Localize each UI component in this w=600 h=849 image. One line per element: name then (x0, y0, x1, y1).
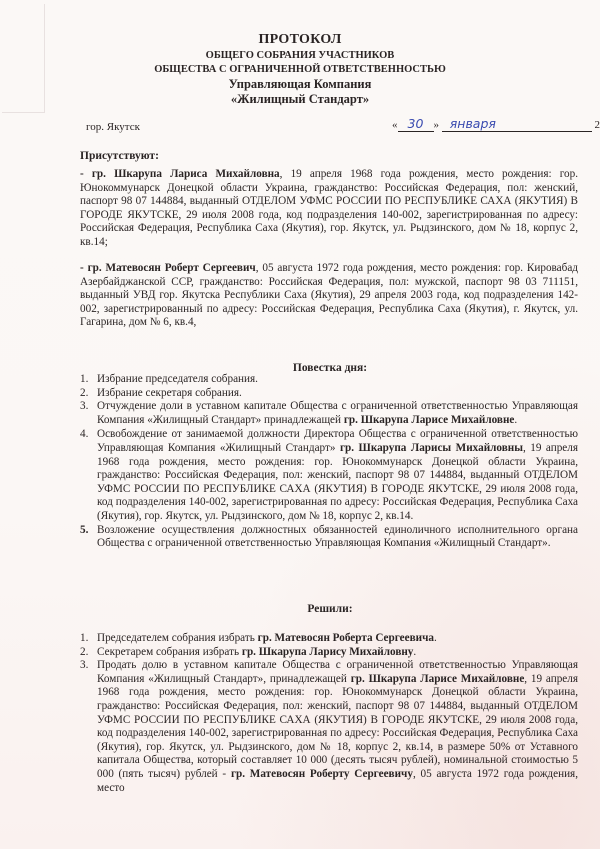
date-month-field: января (442, 116, 592, 132)
resolution-item-text-end: . (413, 646, 416, 658)
agenda-item-person: гр. Шкарупа Ларисы Михайловны (340, 442, 523, 454)
document-title: ПРОТОКОЛ (0, 32, 600, 48)
resolution-item: 2.Секретарем собрания избрать гр. Шкаруп… (80, 646, 578, 660)
agenda-item: 4.Освобождение от занимаемой должности Д… (80, 428, 578, 523)
resolved-title: Решили: (0, 603, 600, 615)
date-day-field: 30 (398, 116, 434, 132)
agenda-item: 2.Избрание секретаря собрания. (80, 387, 578, 401)
resolution-item-text-end: . (434, 632, 437, 644)
agenda-list: 1.Избрание председателя собрания. 2.Избр… (80, 373, 578, 551)
date-year: 2013 г. (595, 119, 600, 131)
resolution-item-text-mid: , 19 апреля 1968 года рождения, место ро… (97, 673, 578, 780)
agenda-item: 1.Избрание председателя собрания. (80, 373, 578, 387)
agenda-item-text: Избрание секретаря собрания. (97, 387, 242, 399)
agenda-item-person: гр. Шкарупа Ларисе Михайловне (344, 414, 515, 426)
resolution-item-text: Секретарем собрания избрать (97, 646, 242, 658)
present-label: Присутствуют: (80, 150, 159, 162)
agenda-item: 5.Возложение осуществления должностных о… (80, 524, 578, 551)
document-subtitle-line1: ОБЩЕГО СОБРАНИЯ УЧАСТНИКОВ (0, 50, 600, 61)
participant-1: - гр. Шкарупа Лариса Михайловна, 19 апре… (80, 168, 578, 250)
resolution-item-text: Председателем собрания избрать (97, 632, 258, 644)
company-name-line1: Управляющая Компания (0, 77, 600, 92)
resolution-item-number: 3. (80, 659, 88, 673)
date-day-handwritten: 30 (408, 116, 424, 131)
participant-1-prefix: - гр. (80, 168, 114, 180)
agenda-item-text-end: . (514, 414, 517, 426)
agenda-item-number: 4. (80, 428, 88, 442)
participant-1-name: Шкарупа Лариса Михайловна (114, 168, 280, 180)
company-name-line2: «Жилищный Стандарт» (0, 92, 600, 107)
resolutions-list: 1.Председателем собрания избрать гр. Мат… (80, 632, 578, 795)
resolution-item-number: 2. (80, 646, 88, 660)
resolution-item: 1.Председателем собрания избрать гр. Мат… (80, 632, 578, 646)
agenda-item-number: 5. (80, 524, 88, 538)
date-month-handwritten: января (450, 116, 496, 131)
agenda-item-number: 2. (80, 387, 88, 401)
resolution-item-buyer: гр. Матевосян Роберту Сергеевичу (231, 768, 413, 780)
participant-2-name: Матевосян Роберт Сергеевич (106, 262, 256, 274)
city: гор. Якутск (86, 121, 140, 133)
participant-2-prefix: - гр. (80, 262, 106, 274)
agenda-item-number: 3. (80, 400, 88, 414)
resolution-item-person: гр. Шкарупа Ларисе Михайловне (351, 673, 525, 685)
participant-2: - гр. Матевосян Роберт Сергеевич, 05 авг… (80, 262, 578, 330)
agenda-item: 3.Отчуждение доли в уставном капитале Об… (80, 400, 578, 427)
resolution-item: 3.Продать долю в уставном капитале Общес… (80, 659, 578, 795)
agenda-item-number: 1. (80, 373, 88, 387)
agenda-item-text: Избрание председателя собрания. (97, 373, 258, 385)
resolution-item-number: 1. (80, 632, 88, 646)
resolution-item-person: гр. Матевосян Роберта Сергеевича (258, 632, 434, 644)
document-date: «30» января 2013 г. (392, 116, 600, 132)
agenda-item-text: Возложение осуществления должностных обя… (97, 524, 578, 550)
document-subtitle-line2: ОБЩЕСТВА С ОГРАНИЧЕННОЙ ОТВЕТСТВЕННОСТЬЮ (0, 64, 600, 75)
date-close-quote: » (434, 119, 440, 131)
resolution-item-person: гр. Шкарупа Ларису Михайловну (242, 646, 414, 658)
